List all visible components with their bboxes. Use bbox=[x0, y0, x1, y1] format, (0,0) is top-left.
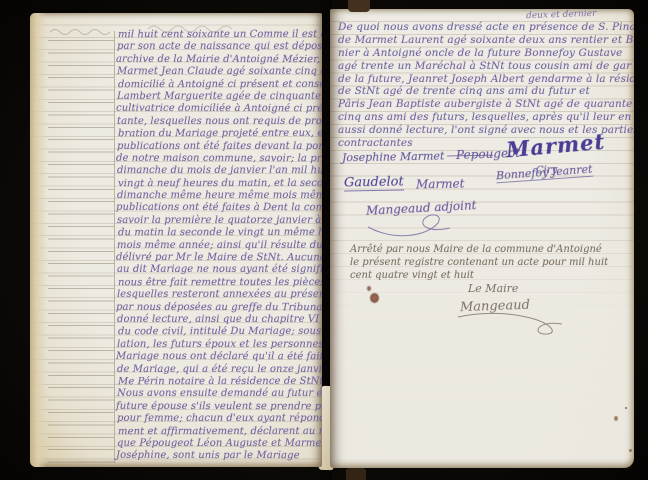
manuscript-line: que Pépougeot Léon Auguste et Marmet Mar… bbox=[117, 438, 322, 450]
manuscript-line: De quoi nous avons dressé acte en présen… bbox=[338, 21, 634, 34]
signature-flourish bbox=[456, 309, 568, 339]
manuscript-line: cultivatrice domiciliée à Antoigné ci pr… bbox=[116, 103, 322, 116]
closing-statement: Arrêté par nous Maire de la commune d'An… bbox=[350, 243, 608, 282]
binding-tab-top bbox=[348, 0, 370, 12]
manuscript-line: publications ont été faites à Dent la co… bbox=[116, 202, 322, 215]
manuscript-line: cinq ans ami des futurs, lesquelles, apr… bbox=[338, 111, 634, 124]
manuscript-line: pour femme; chacun d'eux ayant répondu s… bbox=[117, 413, 322, 425]
scanned-register-spread: mil huit cent soixante un Comme il est c… bbox=[0, 0, 648, 480]
manuscript-line: agé trente un Maréchal à StNt tous cousi… bbox=[338, 60, 634, 73]
signature-gaudelot: Gaudelot bbox=[344, 174, 404, 191]
manuscript-line: lation, les futurs époux et les personne… bbox=[117, 339, 322, 351]
manuscript-line: lesquelles resteront annexées au présent… bbox=[117, 289, 322, 301]
manuscript-line: domicilié à Antoigné ci présent et conse… bbox=[118, 78, 322, 91]
manuscript-line: nier à Antoigné oncle de la future Bonne… bbox=[338, 47, 634, 60]
foxing-spot bbox=[625, 407, 627, 409]
manuscript-line: au dit Mariage ne nous ayant été signifi… bbox=[117, 264, 322, 276]
manuscript-line: tante, lesquelles nous ont requis de pro… bbox=[117, 116, 322, 128]
right-page: deux et dernier De quoi nous avons dress… bbox=[330, 9, 634, 468]
closing-line: Arrêté par nous Maire de la commune d'An… bbox=[350, 243, 608, 256]
manuscript-line: Nous avons ensuite demandé au futur épou… bbox=[117, 388, 322, 400]
manuscript-line: Lambert Marguerite agée de cinquante deu… bbox=[117, 91, 322, 103]
manuscript-line: nous être fait remettre toutes les pièce… bbox=[118, 277, 322, 290]
foxing-spot bbox=[614, 416, 618, 421]
closing-line: cent quatre vingt et huit bbox=[350, 269, 608, 282]
signature-flourish bbox=[364, 209, 474, 243]
manuscript-line: dimanche même heure même mois même année… bbox=[117, 190, 322, 202]
foxing-spot bbox=[629, 449, 632, 452]
manuscript-line: mois même année; ainsi qu'il résulte du … bbox=[117, 240, 322, 252]
ink-stain bbox=[367, 286, 371, 291]
manuscript-line: publications ont été faites devant la po… bbox=[117, 141, 322, 153]
margin-ruling bbox=[48, 40, 114, 464]
manuscript-line: Mariage nous ont déclaré qu'il a été fai… bbox=[116, 351, 322, 364]
manuscript-line: du matin la seconde le vingt un même heu… bbox=[118, 227, 322, 240]
manuscript-line: savoir la première le quatorze janvier à… bbox=[117, 215, 322, 227]
manuscript-line: mil huit cent soixante un Comme il est c… bbox=[118, 29, 322, 42]
manuscript-line: de notre maison commune, savoir; la prem… bbox=[116, 153, 322, 166]
manuscript-line: donné lecture, ainsi que du chapitre VI … bbox=[117, 314, 322, 326]
manuscript-line: par nous déposées au greffe du Tribunal,… bbox=[116, 301, 322, 314]
margin-line bbox=[114, 31, 115, 463]
manuscript-line: Pâris Jean Baptiste aubergiste à StNt ag… bbox=[338, 98, 634, 111]
manuscript-line: de Mariage, qui a été reçu le onze janvi… bbox=[117, 364, 322, 376]
manuscript-line: dimanche du mois de janvier l'an mil hui… bbox=[117, 165, 322, 177]
header-note: deux et dernier bbox=[526, 9, 597, 21]
manuscript-line: délivré par Mr le Maire de StNt. Aucune … bbox=[116, 252, 322, 265]
ink-stain bbox=[370, 293, 379, 303]
signature-bonnefoy-jeanret: Bonnefoy Jeanret bbox=[496, 163, 593, 184]
manuscript-line: Joséphine, sont unis par le Mariage bbox=[116, 450, 322, 463]
manuscript-line: Marmet Jean Claude agé soixante cinq ans… bbox=[117, 66, 322, 78]
manuscript-line: vingt à neuf heures du matin, et la seco… bbox=[118, 177, 322, 190]
closing-title: Le Maire bbox=[468, 282, 518, 295]
left-page-text: mil huit cent soixante un Comme il est c… bbox=[117, 29, 322, 463]
left-page-deckle-edge bbox=[30, 13, 47, 467]
closing-line: le présent registre contenant un acte po… bbox=[350, 256, 608, 269]
left-page: mil huit cent soixante un Comme il est c… bbox=[30, 13, 322, 467]
manuscript-line: Me Périn notaire à la résidence de StNt … bbox=[118, 376, 322, 389]
signature-marmet-small: Marmet bbox=[416, 177, 465, 192]
manuscript-line: archive de la Mairie d'Antoigné Mézier, … bbox=[116, 54, 322, 67]
manuscript-line: future épouse s'ils veulent se prendre p… bbox=[116, 401, 322, 414]
manuscript-line: par son acte de naissance qui est déposé… bbox=[117, 41, 322, 53]
manuscript-line: du code civil, intitulé Du Mariage; sous… bbox=[118, 326, 322, 339]
manuscript-line: bration du Mariage projeté entre eux, et… bbox=[118, 128, 322, 141]
manuscript-line: de StNt agé de trente cinq ans ami du fu… bbox=[338, 85, 634, 98]
manuscript-line: de Marmet Laurent agé soixante deux ans … bbox=[338, 34, 634, 47]
manuscript-line: de la future, Jeanret Joseph Albert gend… bbox=[338, 73, 634, 86]
binding-tab-bottom bbox=[346, 468, 366, 480]
manuscript-line: ment et affirmativement, déclarent au no… bbox=[118, 425, 322, 438]
